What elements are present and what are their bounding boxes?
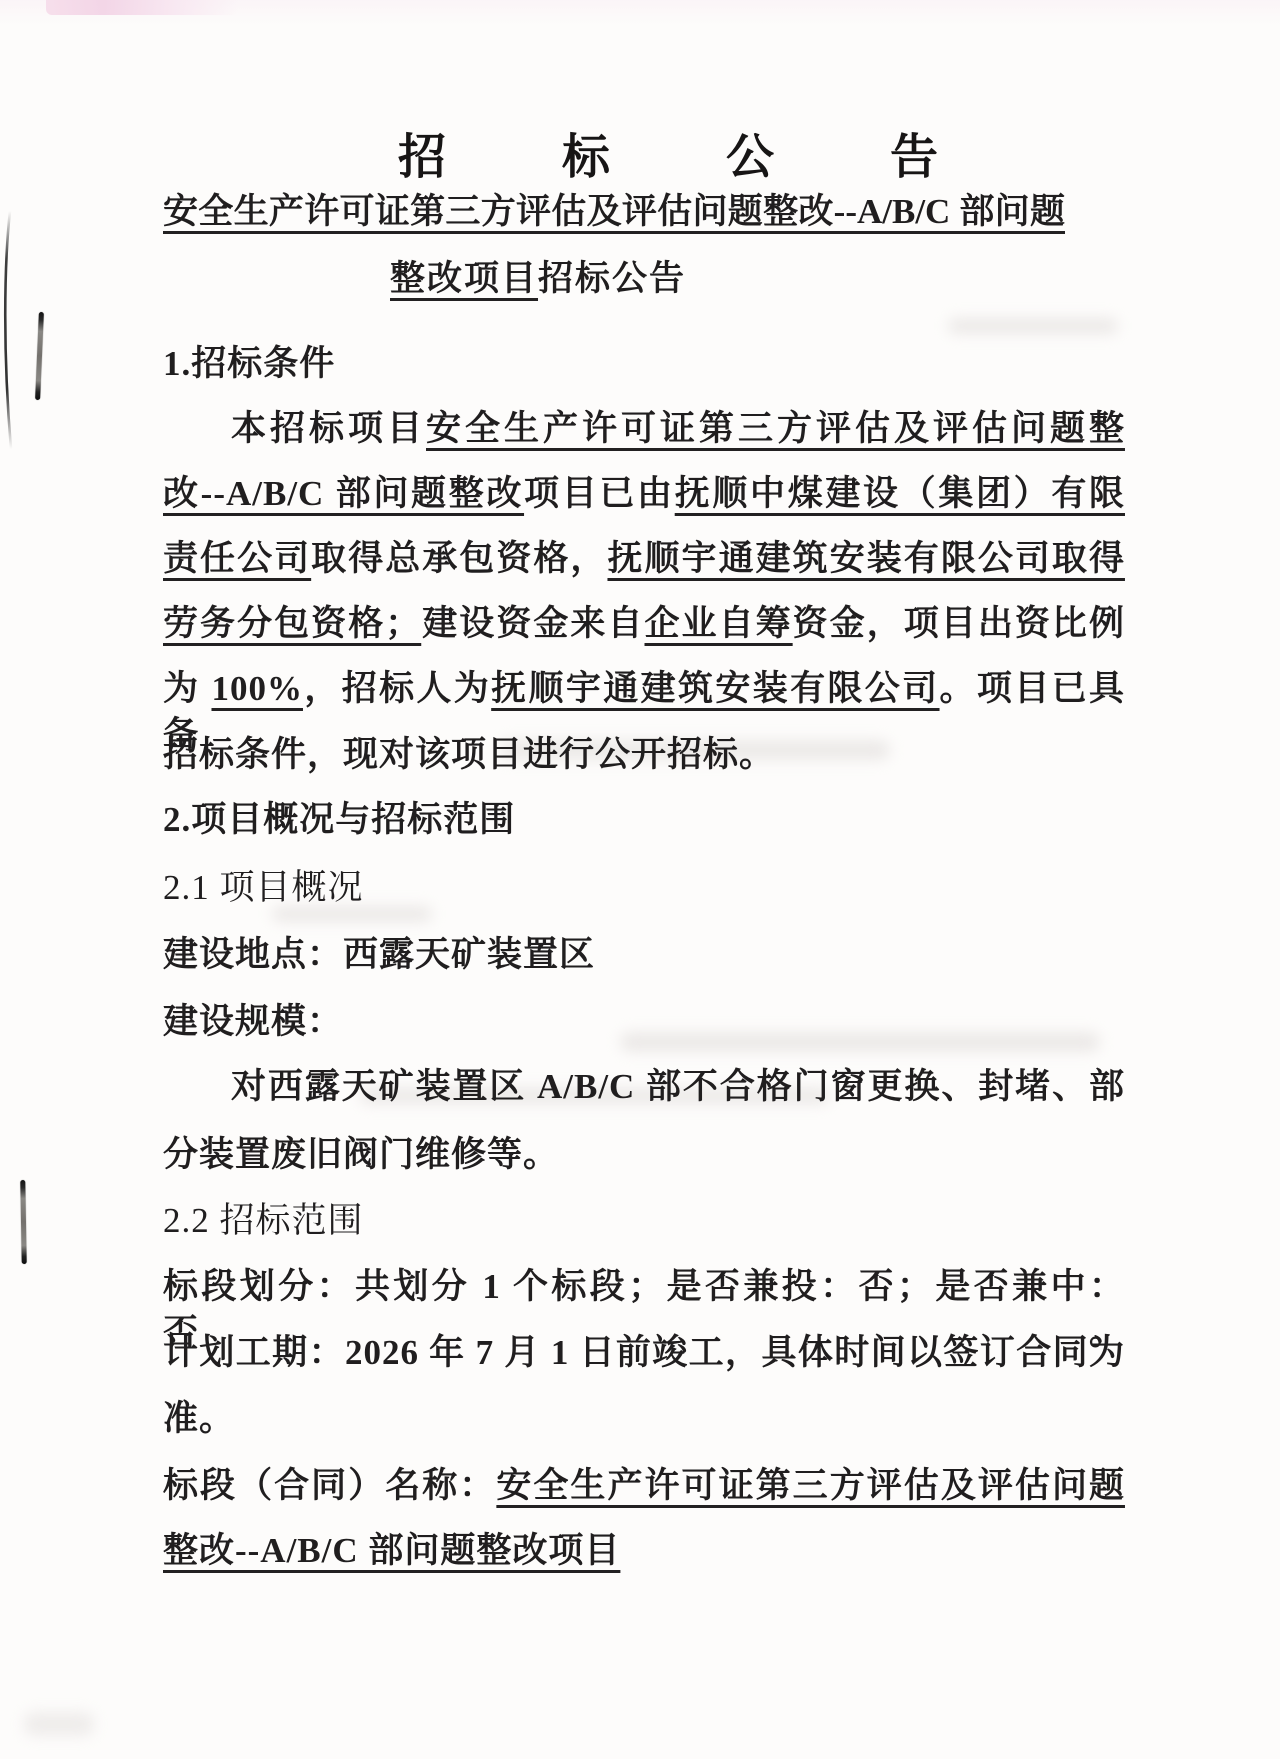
text-segment: 分装置废旧阀门维修等。 [163, 1135, 559, 1174]
text-segment: 准。 [163, 1399, 235, 1438]
underlined-company-name: 抚顺宇通建筑安装有限公司取得 [607, 539, 1125, 578]
text-segment: 招标条件，现对该项目进行公开招标。 [163, 735, 775, 774]
scan-smudge [24, 1712, 94, 1736]
underlined-percentage: 100% [211, 669, 303, 708]
subtitle-underlined-part: 整改项目 [390, 259, 538, 298]
build-location-line: 建设地点：西露天矿装置区 [163, 932, 1125, 978]
scan-smudge [948, 318, 1118, 334]
staple-mark [35, 312, 44, 400]
text-segment: 资金，项目出资比例 [793, 604, 1125, 643]
para-1-line-3: 责任公司取得总承包资格，抚顺宇通建筑安装有限公司取得 [163, 536, 1125, 582]
build-scale-label: 建设规模： [163, 999, 1125, 1045]
doc-title: 招 标 公 告 [398, 118, 990, 187]
text-segment: 为 [163, 669, 211, 708]
text-segment: 2.1 项目概况 [163, 868, 364, 907]
section-1-heading: 1.招标条件 [163, 341, 1125, 387]
section-2-1-heading: 2.1 项目概况 [163, 865, 1125, 911]
scale-para-line-1: 对西露天矿装置区 A/B/C 部不合格门窗更换、封堵、部 [163, 1064, 1125, 1110]
scanned-document-page: 招 标 公 告 安全生产许可证第三方评估及评估问题整改--A/B/C 部问题 整… [0, 0, 1280, 1759]
text-segment: 对西露天矿装置区 A/B/C 部不合格门窗更换、封堵、部 [231, 1067, 1125, 1106]
contract-name-line-2: 整改--A/B/C 部问题整改项目 [163, 1528, 1125, 1574]
para-1-line-4: 劳务分包资格；建设资金来自企业自筹资金，项目出资比例 [163, 601, 1125, 647]
underlined-funding-source: 企业自筹 [645, 604, 793, 643]
staple-mark [20, 1180, 26, 1264]
text-segment: ，招标人为 [303, 669, 491, 708]
text-segment: 2.2 招标范围 [163, 1201, 364, 1240]
text-segment: 建设资金来自 [421, 604, 644, 643]
doc-subtitle-line-2: 整改项目招标公告 [390, 256, 686, 302]
plan-period-line-1: 计划工期：2026 年 7 月 1 日前竣工，具体时间以签订合同为 [163, 1330, 1125, 1376]
subtitle-underlined-text: 安全生产许可证第三方评估及评估问题整改--A/B/C 部问题 [163, 192, 1065, 231]
text-segment: 建设规模： [163, 1002, 343, 1041]
underlined-text: 劳务分包资格； [163, 604, 421, 643]
section-2-2-heading: 2.2 招标范围 [163, 1198, 1125, 1244]
text-segment: 项目已由 [524, 474, 675, 513]
pink-scan-mark [46, 0, 238, 15]
contract-name-line-1: 标段（合同）名称：安全生产许可证第三方评估及评估问题 [163, 1463, 1125, 1509]
text-segment: 2.项目概况与招标范围 [163, 800, 515, 839]
doc-subtitle-line-1: 安全生产许可证第三方评估及评估问题整改--A/B/C 部问题 [163, 189, 1065, 235]
section-2-heading: 2.项目概况与招标范围 [163, 797, 1125, 843]
text-segment: 本招标项目 [231, 409, 426, 448]
subtitle-rest: 招标公告 [538, 259, 686, 298]
underlined-company-name: 抚顺宇通建筑安装有限公司 [491, 669, 939, 708]
text-segment: 标段（合同）名称： [163, 1466, 496, 1505]
page-edge-shadow [0, 205, 16, 455]
text-segment: 取得总承包资格， [311, 539, 607, 578]
para-1-line-6: 招标条件，现对该项目进行公开招标。 [163, 732, 1125, 778]
text-segment: 计划工期：2026 年 7 月 1 日前竣工，具体时间以签订合同为 [163, 1333, 1125, 1372]
text-segment: 1.招标条件 [163, 344, 335, 383]
underlined-project-name: 改--A/B/C 部问题整改 [163, 474, 524, 513]
underlined-contract-name: 安全生产许可证第三方评估及评估问题 [496, 1466, 1125, 1505]
underlined-company-name: 抚顺中煤建设（集团）有限 [675, 474, 1125, 513]
underlined-project-name: 安全生产许可证第三方评估及评估问题整 [426, 409, 1125, 448]
para-1-line-2: 改--A/B/C 部问题整改项目已由抚顺中煤建设（集团）有限 [163, 471, 1125, 517]
para-1-line-1: 本招标项目安全生产许可证第三方评估及评估问题整 [163, 406, 1125, 452]
underlined-contract-name: 整改--A/B/C 部问题整改项目 [163, 1531, 620, 1570]
scale-para-line-2: 分装置废旧阀门维修等。 [163, 1132, 1125, 1178]
text-segment: 建设地点：西露天矿装置区 [163, 935, 595, 974]
underlined-company-name: 责任公司 [163, 539, 311, 578]
plan-period-line-2: 准。 [163, 1396, 1125, 1442]
